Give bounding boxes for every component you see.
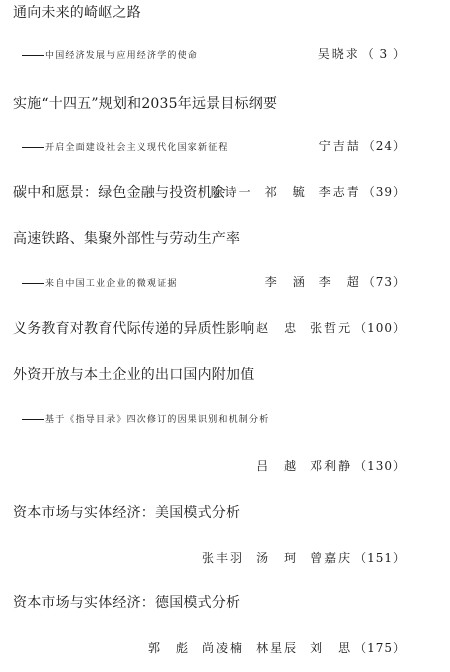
toc-title-2[interactable]: 实施“十四五”规划和2035年远景目标纲要 <box>13 93 450 113</box>
toc-title-8[interactable]: 资本市场与实体经济：德国模式分析 <box>13 592 450 612</box>
author: 祁 毓 <box>265 185 307 199</box>
author: 张丰羽 <box>202 551 244 565</box>
author: 宁吉喆 <box>319 139 361 153</box>
toc-byline-3: 陈诗一祁 毓李志青（39） <box>211 183 406 200</box>
toc-title-4[interactable]: 高速铁路、集聚外部性与劳动生产率 <box>13 228 450 248</box>
em-dash <box>22 55 44 56</box>
author: 吕 越 <box>256 459 298 473</box>
author: 林星辰 <box>256 641 298 655</box>
page-number: （151） <box>354 551 406 565</box>
author: 吴晓求 <box>318 47 360 61</box>
toc-byline-6: 吕 越邓利静（130） <box>256 457 406 474</box>
page-number: （73） <box>363 275 406 289</box>
author: 李 涵 <box>265 275 307 289</box>
page-number: （100） <box>354 321 406 335</box>
page-number: （175） <box>354 641 406 655</box>
author: 郭 彪 <box>148 641 190 655</box>
author: 邓利静 <box>310 459 352 473</box>
toc-byline-2: 宁吉喆（24） <box>319 137 406 154</box>
author: 李 超 <box>319 275 361 289</box>
author: 李志青 <box>319 185 361 199</box>
em-dash <box>22 419 44 420</box>
toc-title-1[interactable]: 通向未来的崎岖之路 <box>13 2 450 22</box>
em-dash <box>22 147 44 148</box>
page-number: （ 3 ） <box>362 47 406 61</box>
author: 陈诗一 <box>211 185 253 199</box>
page-number: （130） <box>354 459 406 473</box>
page-number: （24） <box>363 139 406 153</box>
toc-title-6[interactable]: 外资开放与本土企业的出口国内附加值 <box>13 364 450 384</box>
toc-byline-5: 赵 忠张哲元（100） <box>256 319 406 336</box>
toc-title-7[interactable]: 资本市场与实体经济：美国模式分析 <box>13 502 450 522</box>
author: 刘 思 <box>310 641 352 655</box>
em-dash <box>22 283 44 284</box>
author: 赵 忠 <box>256 321 298 335</box>
author: 汤 珂 <box>256 551 298 565</box>
toc-byline-8: 郭 彪尚凌楠林星辰刘 思（175） <box>148 639 406 656</box>
toc-byline-4: 李 涵李 超（73） <box>265 273 406 290</box>
toc-subtitle-6: 基于《指导目录》四次修订的因果识别和机制分析 <box>22 412 450 425</box>
toc-byline-1: 吴晓求（ 3 ） <box>318 45 406 62</box>
toc-byline-7: 张丰羽汤 珂曾嘉庆（151） <box>202 549 406 566</box>
page-number: （39） <box>363 185 406 199</box>
author: 尚凌楠 <box>202 641 244 655</box>
author: 张哲元 <box>310 321 352 335</box>
author: 曾嘉庆 <box>310 551 352 565</box>
